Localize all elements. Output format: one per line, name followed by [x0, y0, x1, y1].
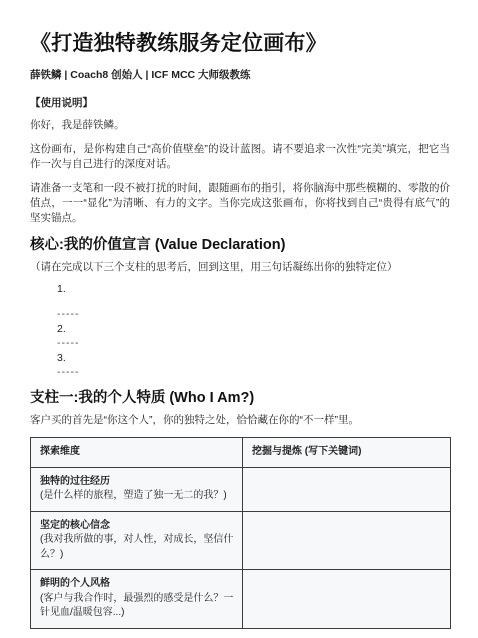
table-header-keywords: 挖掘与提炼 (写下关键词)	[243, 438, 451, 468]
list-item-number: 2.	[57, 322, 450, 336]
table-header-dimension: 探索维度	[31, 438, 243, 468]
keywords-input-cell[interactable]	[243, 467, 451, 511]
intro-paragraph: 这份画布，是你构建自己“高价值壁垒”的设计蓝图。请不要追求一次性“完美”填完，把…	[30, 142, 450, 172]
dimension-hint: (是什么样的旅程，塑造了独一无二的我？)	[40, 489, 234, 504]
table-row: 鲜明的个人风格 (客户与我合作时，最强烈的感受是什么？一针见血/温暖包容...)	[31, 570, 451, 629]
list-item-number: 3.	[57, 351, 450, 365]
list-item-placeholder-line[interactable]: -----	[57, 307, 450, 321]
core-section-note: （请在完成以下三个支柱的思考后，回到这里，用三句话凝练出你的独特定位）	[30, 260, 450, 275]
dimension-hint: (我对我所做的事，对人性，对成长，坚信什么？)	[40, 533, 234, 562]
table-row: 独特的过往经历 (是什么样的旅程，塑造了独一无二的我？)	[31, 467, 451, 511]
prepare-paragraph: 请准备一支笔和一段不被打扰的时间，跟随画布的指引，将你脑海中那些模糊的、零散的价…	[30, 181, 450, 226]
dimension-cell-past-experience: 独特的过往经历 (是什么样的旅程，塑造了独一无二的我？)	[31, 467, 243, 511]
dimension-cell-core-beliefs: 坚定的核心信念 (我对我所做的事，对人性，对成长，坚信什么？)	[31, 511, 243, 570]
value-declaration-list: 1. ----- 2. ----- 3. -----	[30, 282, 450, 379]
core-section-heading: 核心:我的价值宣言 (Value Declaration)	[30, 236, 450, 255]
keywords-input-cell[interactable]	[243, 570, 451, 629]
list-item-placeholder-line[interactable]: -----	[57, 365, 450, 379]
keywords-input-cell[interactable]	[243, 511, 451, 570]
table-row: 坚定的核心信念 (我对我所做的事，对人性，对成长，坚信什么？)	[31, 511, 451, 570]
pillar-one-intro: 客户买的首先是“你这个人”，你的独特之处，恰恰藏在你的“不一样”里。	[30, 413, 450, 428]
list-item-number: 1.	[57, 282, 450, 296]
page-title: 《打造独特教练服务定位画布》	[30, 30, 450, 57]
dimension-title: 鲜明的个人风格	[40, 577, 234, 592]
dimension-title: 独特的过往经历	[40, 475, 234, 490]
dimension-title: 坚定的核心信念	[40, 519, 234, 534]
dimension-cell-personal-style: 鲜明的个人风格 (客户与我合作时，最强烈的感受是什么？一针见血/温暖包容...)	[31, 570, 243, 629]
dimension-hint: (客户与我合作时，最强烈的感受是什么？一针见血/温暖包容...)	[40, 592, 234, 621]
table-header-row: 探索维度 挖掘与提炼 (写下关键词)	[31, 438, 451, 468]
pillar-one-heading: 支柱一:我的个人特质 (Who I Am?)	[30, 389, 450, 408]
document-page: 《打造独特教练服务定位画布》 薛铁鳞 | Coach8 创始人 | ICF MC…	[0, 0, 478, 629]
author-byline: 薛铁鳞 | Coach8 创始人 | ICF MCC 大师级教练	[30, 68, 450, 83]
list-item-placeholder-line[interactable]: -----	[57, 336, 450, 350]
exploration-table: 探索维度 挖掘与提炼 (写下关键词) 独特的过往经历 (是什么样的旅程，塑造了独…	[30, 437, 451, 629]
usage-instructions-label: 【使用说明】	[30, 96, 450, 111]
greeting-paragraph: 你好，我是薛铁鳞。	[30, 118, 450, 133]
